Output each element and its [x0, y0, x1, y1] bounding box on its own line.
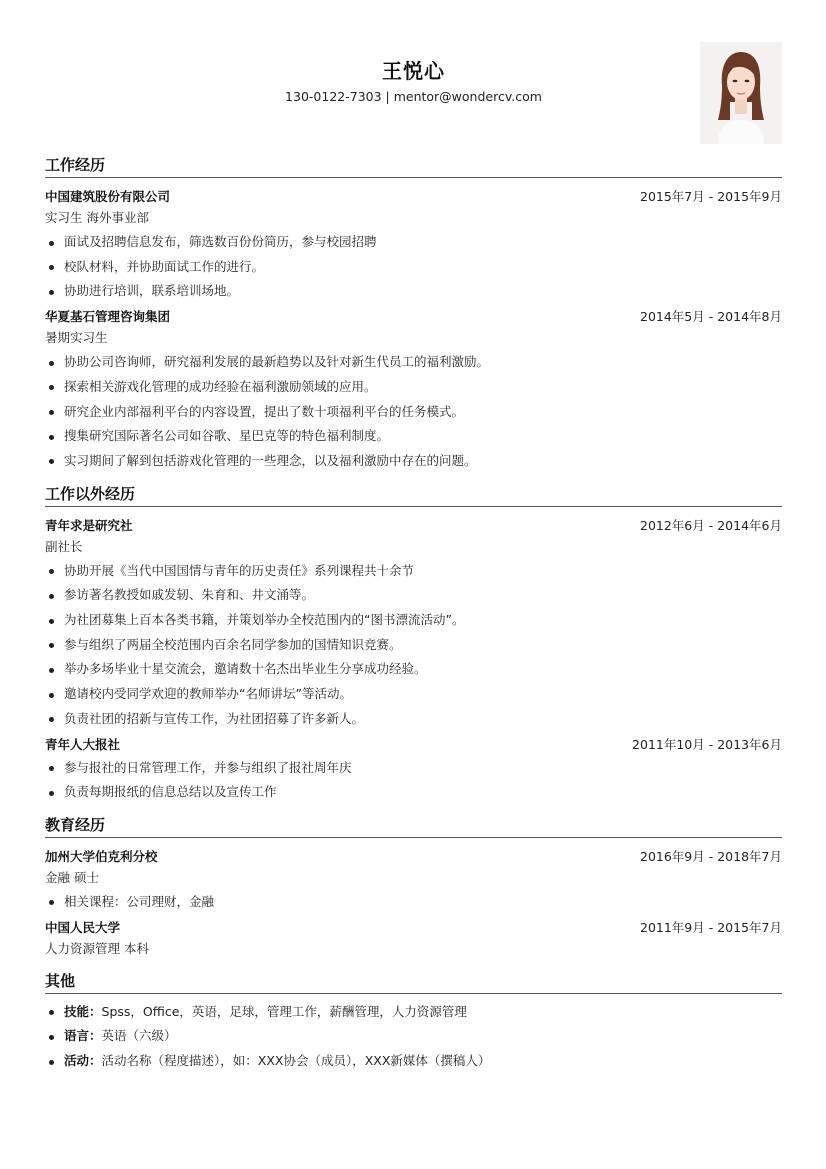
item-text: 英语（六级） [102, 1028, 177, 1043]
contact-info: 130-0122-7303 | mentor@wondercv.com [45, 88, 782, 106]
education-entry: 加州大学伯克利分校 2016年9月 - 2018年7月 金融 硕士 相关课程：公… [45, 844, 782, 915]
date-range: 2012年6月 - 2014年6月 [640, 516, 782, 534]
date-range: 2011年10月 - 2013年6月 [632, 735, 782, 753]
item-label: 语言： [64, 1028, 102, 1043]
item-label: 技能： [64, 1004, 102, 1019]
section-title: 其他 [45, 971, 782, 994]
section-title: 教育经历 [45, 815, 782, 838]
bullet-list: 面试及招聘信息发布，筛选数百份份简历，参与校园招聘 校队材料，并协助面试工作的进… [45, 230, 782, 304]
date-range: 2014年5月 - 2014年8月 [640, 307, 782, 325]
bullet-item: 校队材料，并协助面试工作的进行。 [45, 255, 782, 280]
activity-item: 活动：活动名称（程度描述），如：XXX协会（成员），XXX新媒体（撰稿人） [45, 1049, 782, 1074]
bullet-item: 研究企业内部福利平台的内容设置，提出了数十项福利平台的任务模式。 [45, 400, 782, 425]
bullet-item: 举办多场毕业十星交流会，邀请数十名杰出毕业生分享成功经验。 [45, 657, 782, 682]
item-text: Spss，Office，英语，足球，管理工作，薪酬管理，人力资源管理 [102, 1004, 467, 1019]
entry-header: 华夏基石管理咨询集团 2014年5月 - 2014年8月 [45, 304, 782, 328]
entry-header: 中国人民大学 2011年9月 - 2015年7月 [45, 915, 782, 939]
bullet-item: 搜集研究国际著名公司如谷歌、星巴克等的特色福利制度。 [45, 424, 782, 449]
skills-item: 技能：Spss，Office，英语，足球，管理工作，薪酬管理，人力资源管理 [45, 1000, 782, 1025]
item-text: 活动名称（程度描述），如：XXX协会（成员），XXX新媒体（撰稿人） [102, 1053, 491, 1068]
organization-name: 华夏基石管理咨询集团 [45, 307, 170, 325]
bullet-item: 协助开展《当代中国国情与青年的历史责任》系列课程共十余节 [45, 559, 782, 584]
organization-name: 青年人大报社 [45, 735, 120, 753]
entry-header: 加州大学伯克利分校 2016年9月 - 2018年7月 [45, 844, 782, 868]
bullet-item: 实习期间了解到包括游戏化管理的一些理念，以及福利激励中存在的问题。 [45, 449, 782, 474]
role-title: 副社长 [45, 537, 782, 559]
section-title: 工作经历 [45, 155, 782, 178]
bullet-item: 面试及招聘信息发布，筛选数百份份简历，参与校园招聘 [45, 230, 782, 255]
candidate-name: 王悦心 [45, 57, 782, 85]
section-work-experience: 工作经历 中国建筑股份有限公司 2015年7月 - 2015年9月 实习生 海外… [45, 155, 782, 474]
section-extracurricular: 工作以外经历 青年求是研究社 2012年6月 - 2014年6月 副社长 协助开… [45, 484, 782, 805]
date-range: 2015年7月 - 2015年9月 [640, 187, 782, 205]
bullet-list: 协助公司咨询师，研究福利发展的最新趋势以及针对新生代员工的福利激励。 探索相关游… [45, 350, 782, 474]
language-item: 语言：英语（六级） [45, 1024, 782, 1049]
section-education: 教育经历 加州大学伯克利分校 2016年9月 - 2018年7月 金融 硕士 相… [45, 815, 782, 961]
role-title: 实习生 海外事业部 [45, 208, 782, 230]
bullet-item: 负责社团的招新与宣传工作，为社团招募了许多新人。 [45, 707, 782, 732]
organization-name: 中国建筑股份有限公司 [45, 187, 170, 205]
role-title: 暑期实习生 [45, 328, 782, 350]
extracurricular-entry: 青年人大报社 2011年10月 - 2013年6月 参与报社的日常管理工作，并参… [45, 732, 782, 805]
section-title: 工作以外经历 [45, 484, 782, 507]
bullet-list: 技能：Spss，Office，英语，足球，管理工作，薪酬管理，人力资源管理 语言… [45, 1000, 782, 1074]
bullet-item: 负责每期报纸的信息总结以及宣传工作 [45, 780, 782, 805]
bullet-item: 参访著名教授如戚发轫、朱育和、井文涌等。 [45, 583, 782, 608]
school-name: 加州大学伯克利分校 [45, 847, 158, 865]
bullet-list: 相关课程：公司理财，金融 [45, 890, 782, 915]
section-other: 其他 技能：Spss，Office，英语，足球，管理工作，薪酬管理，人力资源管理… [45, 971, 782, 1074]
resume-sections: 工作经历 中国建筑股份有限公司 2015年7月 - 2015年9月 实习生 海外… [45, 155, 782, 1084]
degree: 金融 硕士 [45, 868, 782, 890]
bullet-list: 参与报社的日常管理工作，并参与组织了报社周年庆 负责每期报纸的信息总结以及宣传工… [45, 756, 782, 805]
bullet-item: 邀请校内受同学欢迎的教师举办“名师讲坛”等活动。 [45, 682, 782, 707]
bullet-list: 协助开展《当代中国国情与青年的历史责任》系列课程共十余节 参访著名教授如戚发轫、… [45, 559, 782, 732]
bullet-item: 参与组织了两届全校范围内百余名同学参加的国情知识竞赛。 [45, 633, 782, 658]
date-range: 2016年9月 - 2018年7月 [640, 847, 782, 865]
profile-photo [700, 42, 782, 144]
bullet-item: 探索相关游戏化管理的成功经验在福利激励领域的应用。 [45, 375, 782, 400]
date-range: 2011年9月 - 2015年7月 [640, 918, 782, 936]
entry-header: 中国建筑股份有限公司 2015年7月 - 2015年9月 [45, 184, 782, 208]
entry-header: 青年求是研究社 2012年6月 - 2014年6月 [45, 513, 782, 537]
school-name: 中国人民大学 [45, 918, 120, 936]
item-label: 活动： [64, 1053, 102, 1068]
bullet-item: 参与报社的日常管理工作，并参与组织了报社周年庆 [45, 756, 782, 781]
resume-header: 王悦心 130-0122-7303 | mentor@wondercv.com [45, 57, 782, 106]
work-entry: 华夏基石管理咨询集团 2014年5月 - 2014年8月 暑期实习生 协助公司咨… [45, 304, 782, 474]
portrait-image [700, 42, 782, 144]
bullet-item: 为社团募集上百本各类书籍，并策划举办全校范围内的“图书漂流活动”。 [45, 608, 782, 633]
organization-name: 青年求是研究社 [45, 516, 133, 534]
education-entry: 中国人民大学 2011年9月 - 2015年7月 人力资源管理 本科 [45, 915, 782, 961]
work-entry: 中国建筑股份有限公司 2015年7月 - 2015年9月 实习生 海外事业部 面… [45, 184, 782, 304]
degree: 人力资源管理 本科 [45, 939, 782, 961]
bullet-item: 协助公司咨询师，研究福利发展的最新趋势以及针对新生代员工的福利激励。 [45, 350, 782, 375]
bullet-item: 协助进行培训，联系培训场地。 [45, 279, 782, 304]
bullet-item: 相关课程：公司理财，金融 [45, 890, 782, 915]
entry-header: 青年人大报社 2011年10月 - 2013年6月 [45, 732, 782, 756]
extracurricular-entry: 青年求是研究社 2012年6月 - 2014年6月 副社长 协助开展《当代中国国… [45, 513, 782, 732]
